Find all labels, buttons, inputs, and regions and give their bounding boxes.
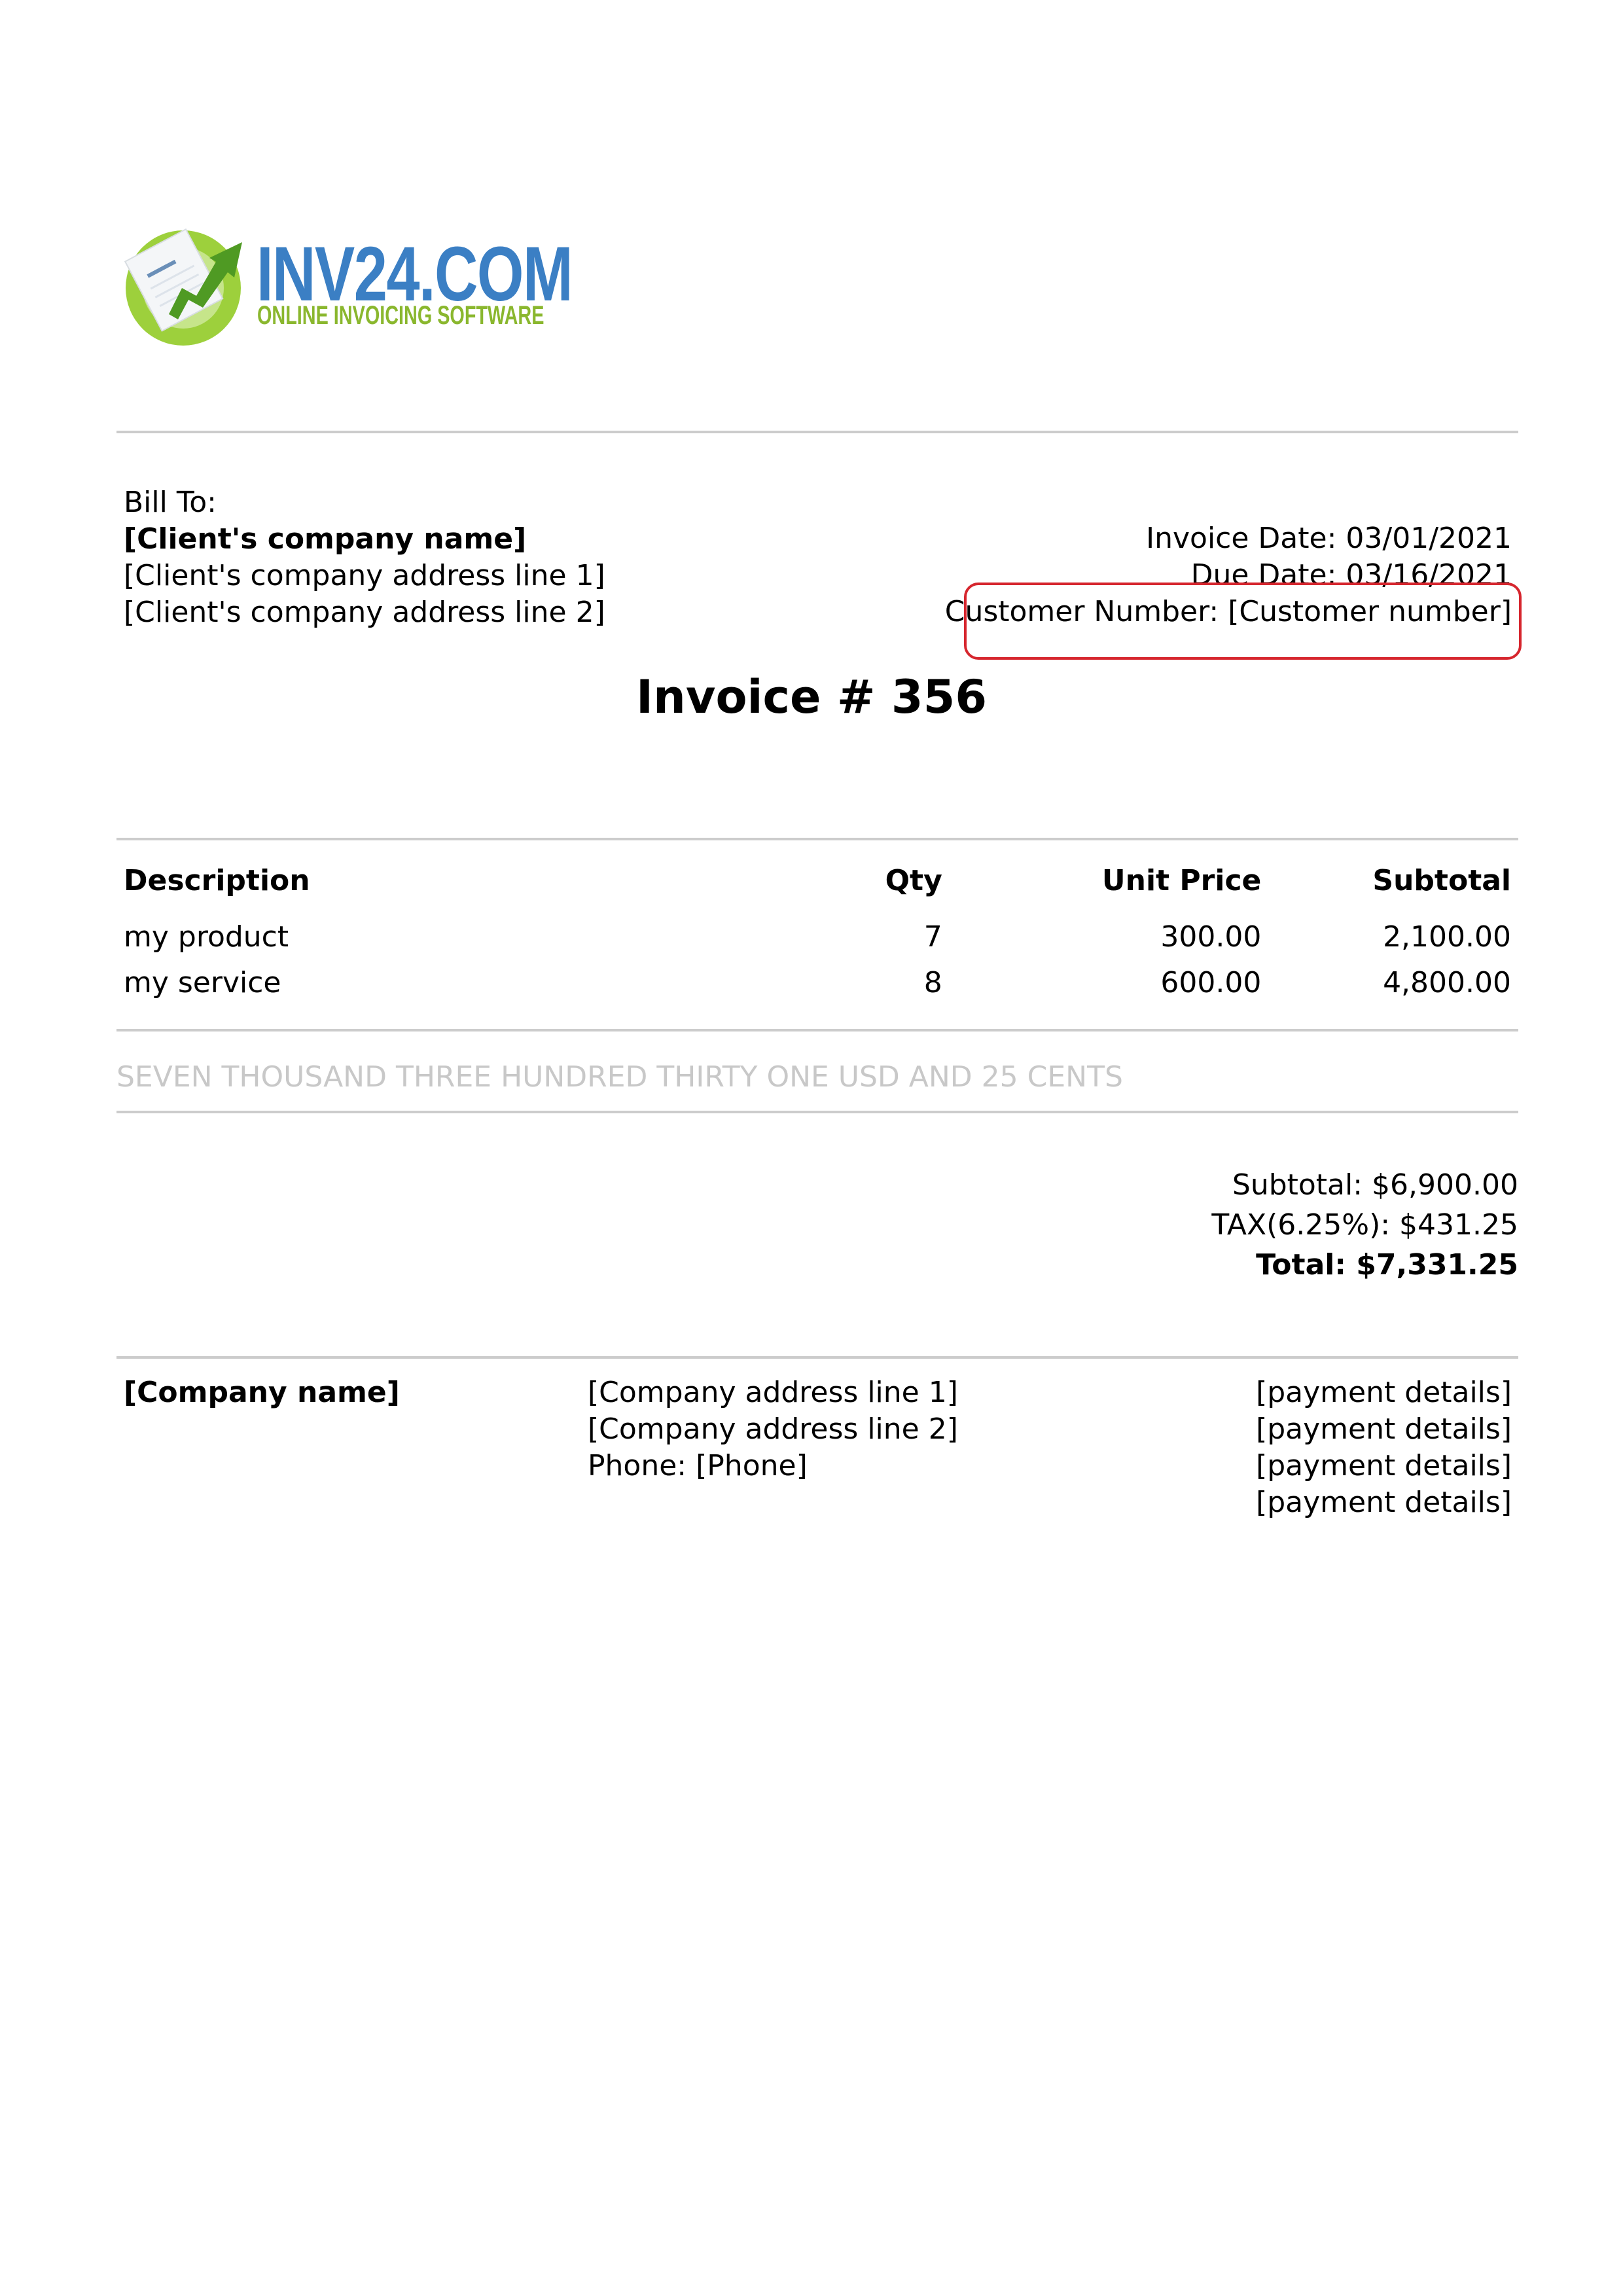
item-description: my product (124, 919, 706, 965)
header-divider (116, 431, 1518, 433)
item-unit-price: 300.00 (942, 919, 1262, 965)
table-header-row: Description Qty Unit Price Subtotal (124, 863, 1511, 919)
item-description: my service (124, 965, 706, 1011)
company-phone: Phone: [Phone] (588, 1448, 958, 1484)
company-logo: INV24.COM ONLINE INVOICING SOFTWARE (118, 209, 524, 347)
items-bottom-divider (116, 1029, 1518, 1031)
item-unit-price: 600.00 (942, 965, 1262, 1011)
table-row: my service 8 600.00 4,800.00 (124, 965, 1511, 1011)
line-items-table: Description Qty Unit Price Subtotal my p… (124, 863, 1511, 1011)
header-description: Description (124, 863, 706, 919)
invoice-date: Invoice Date: 03/01/2021 (945, 520, 1512, 557)
subtotal-amount: Subtotal: $6,900.00 (1211, 1165, 1518, 1205)
invoice-chart-arrow-icon (118, 209, 255, 347)
header-qty: Qty (706, 863, 942, 919)
client-company-name: [Client's company name] (124, 521, 605, 558)
invoice-title: Invoice # 356 (0, 668, 1623, 726)
logo-tagline: ONLINE INVOICING SOFTWARE (257, 302, 544, 329)
header-subtotal: Subtotal (1261, 863, 1511, 919)
tax-amount: TAX(6.25%): $431.25 (1211, 1205, 1518, 1245)
payment-detail-line: [payment details] (1256, 1448, 1512, 1484)
client-address-line-2: [Client's company address line 2] (124, 594, 605, 631)
header-unit-price: Unit Price (942, 863, 1262, 919)
item-subtotal: 4,800.00 (1261, 965, 1511, 1011)
payment-detail-line: [payment details] (1256, 1484, 1512, 1521)
bill-to-block: Bill To: [Client's company name] [Client… (124, 484, 605, 631)
payment-details: [payment details] [payment details] [pay… (1256, 1374, 1512, 1521)
table-row: my product 7 300.00 2,100.00 (124, 919, 1511, 965)
total-amount: Total: $7,331.25 (1211, 1245, 1518, 1285)
company-name: [Company name] (124, 1374, 400, 1411)
payment-detail-line: [payment details] (1256, 1411, 1512, 1448)
items-top-divider (116, 838, 1518, 840)
payment-detail-line: [payment details] (1256, 1374, 1512, 1411)
footer-company: [Company name] (124, 1374, 400, 1411)
footer-divider (116, 1356, 1518, 1359)
amount-in-words: SEVEN THOUSAND THREE HUNDRED THIRTY ONE … (116, 1059, 1123, 1096)
item-qty: 8 (706, 965, 942, 1011)
footer-address: [Company address line 1] [Company addres… (588, 1374, 958, 1484)
company-address-line-1: [Company address line 1] (588, 1374, 958, 1411)
company-address-line-2: [Company address line 2] (588, 1411, 958, 1448)
words-divider (116, 1111, 1518, 1113)
item-subtotal: 2,100.00 (1261, 919, 1511, 965)
bill-to-label: Bill To: (124, 484, 605, 521)
item-qty: 7 (706, 919, 942, 965)
totals-block: Subtotal: $6,900.00 TAX(6.25%): $431.25 … (1211, 1165, 1518, 1285)
client-address-line-1: [Client's company address line 1] (124, 558, 605, 594)
customer-number-highlight (964, 583, 1522, 660)
